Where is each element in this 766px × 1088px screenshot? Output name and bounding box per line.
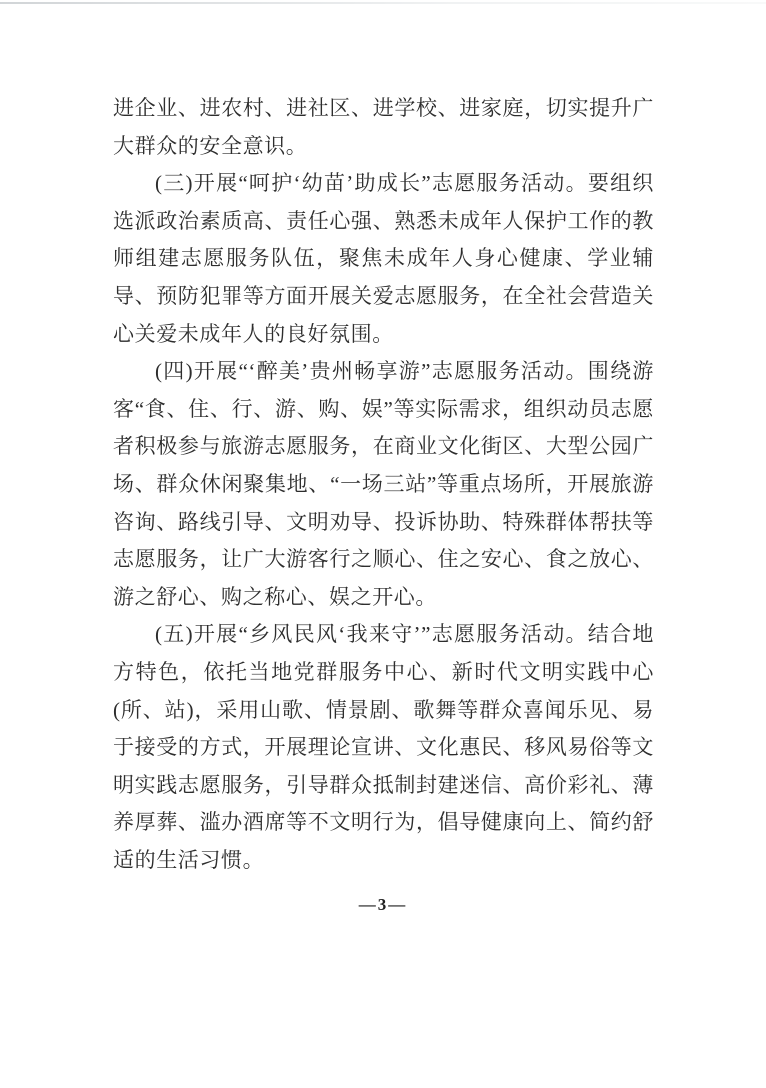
page-footer: —3— <box>0 895 766 915</box>
document-page: 进企业、进农村、进社区、进学校、进家庭，切实提升广大群众的安全意识。 (三)开展… <box>0 0 766 1088</box>
scan-edge-artifact <box>0 2 766 4</box>
paragraph-section-5: (五)开展“乡风民风‘我来守’”志愿服务活动。结合地方特色，依托当地党群服务中心… <box>113 616 654 879</box>
paragraph-section-3: (三)开展“呵护‘幼苗’助成长”志愿服务活动。要组织选派政治素质高、责任心强、熟… <box>113 165 654 353</box>
paragraph-continuation: 进企业、进农村、进社区、进学校、进家庭，切实提升广大群众的安全意识。 <box>113 90 654 165</box>
document-body: 进企业、进农村、进社区、进学校、进家庭，切实提升广大群众的安全意识。 (三)开展… <box>113 90 654 879</box>
page-number: —3— <box>359 895 408 914</box>
paragraph-section-4: (四)开展“‘醉美’贵州畅享游”志愿服务活动。围绕游客“食、住、行、游、购、娱”… <box>113 353 654 616</box>
